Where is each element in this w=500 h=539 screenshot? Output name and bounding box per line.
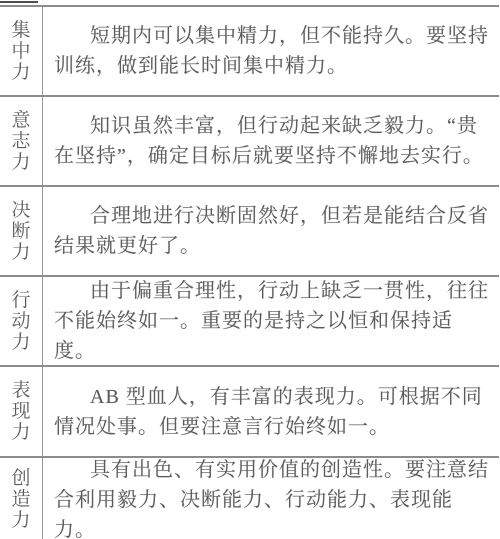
table-border-fragment <box>0 1 38 3</box>
ability-description: 知识虽然丰富，但行动起来缺乏毅力。“贵在坚持”，确定目标后就要坚持不懈地去实行。 <box>54 111 491 171</box>
table-row: 意志力 知识虽然丰富，但行动起来缺乏毅力。“贵在坚持”，确定目标后就要坚持不懈地… <box>0 97 499 187</box>
ability-description: 具有出色、有实用价值的创造性。要注意结合利用毅力、决断能力、行动能力、表现能力。 <box>54 455 491 539</box>
row-label-cell: 集中力 <box>0 7 43 95</box>
ability-description: AB 型血人，有丰富的表现力。可根据不同情况处事。但要注意言行始终如一。 <box>54 382 491 442</box>
ability-description: 合理地进行决断固然好，但若是能结合反省结果就更好了。 <box>54 201 491 261</box>
ability-label: 意志力 <box>12 110 31 173</box>
row-label-cell: 决断力 <box>0 187 43 275</box>
row-label-cell: 行动力 <box>0 277 43 365</box>
table-row: 创造力 具有出色、有实用价值的创造性。要注意结合利用毅力、决断能力、行动能力、表… <box>0 458 499 539</box>
row-content-cell: AB 型血人，有丰富的表现力。可根据不同情况处事。但要注意言行始终如一。 <box>43 367 499 456</box>
row-content-cell: 合理地进行决断固然好，但若是能结合反省结果就更好了。 <box>43 187 499 275</box>
table-row: 集中力 短期内可以集中精力，但不能持久。要坚持训练，做到能长时间集中精力。 <box>0 7 499 97</box>
ability-label: 表现力 <box>12 380 31 443</box>
row-content-cell: 知识虽然丰富，但行动起来缺乏毅力。“贵在坚持”，确定目标后就要坚持不懈地去实行。 <box>43 97 499 185</box>
ability-description: 短期内可以集中精力，但不能持久。要坚持训练，做到能长时间集中精力。 <box>54 21 491 81</box>
ability-label: 创造力 <box>12 468 31 531</box>
row-label-cell: 意志力 <box>0 97 43 185</box>
row-content-cell: 具有出色、有实用价值的创造性。要注意结合利用毅力、决断能力、行动能力、表现能力。 <box>43 458 499 539</box>
ability-table: 集中力 短期内可以集中精力，但不能持久。要坚持训练，做到能长时间集中精力。 意志… <box>0 5 499 539</box>
ability-label: 集中力 <box>12 20 31 83</box>
ability-label: 决断力 <box>12 200 31 263</box>
scanned-ability-table-page: 集中力 短期内可以集中精力，但不能持久。要坚持训练，做到能长时间集中精力。 意志… <box>0 0 500 539</box>
row-label-cell: 创造力 <box>0 458 43 539</box>
table-row: 表现力 AB 型血人，有丰富的表现力。可根据不同情况处事。但要注意言行始终如一。 <box>0 367 499 458</box>
row-content-cell: 短期内可以集中精力，但不能持久。要坚持训练，做到能长时间集中精力。 <box>43 7 499 95</box>
table-row: 决断力 合理地进行决断固然好，但若是能结合反省结果就更好了。 <box>0 187 499 277</box>
row-content-cell: 由于偏重合理性，行动上缺乏一贯性，往往不能始终如一。重要的是持之以恒和保持适度。 <box>43 277 499 365</box>
ability-description: 由于偏重合理性，行动上缺乏一贯性，往往不能始终如一。重要的是持之以恒和保持适度。 <box>54 276 491 366</box>
table-row: 行动力 由于偏重合理性，行动上缺乏一贯性，往往不能始终如一。重要的是持之以恒和保… <box>0 277 499 367</box>
row-label-cell: 表现力 <box>0 367 43 456</box>
ability-label: 行动力 <box>12 290 31 353</box>
